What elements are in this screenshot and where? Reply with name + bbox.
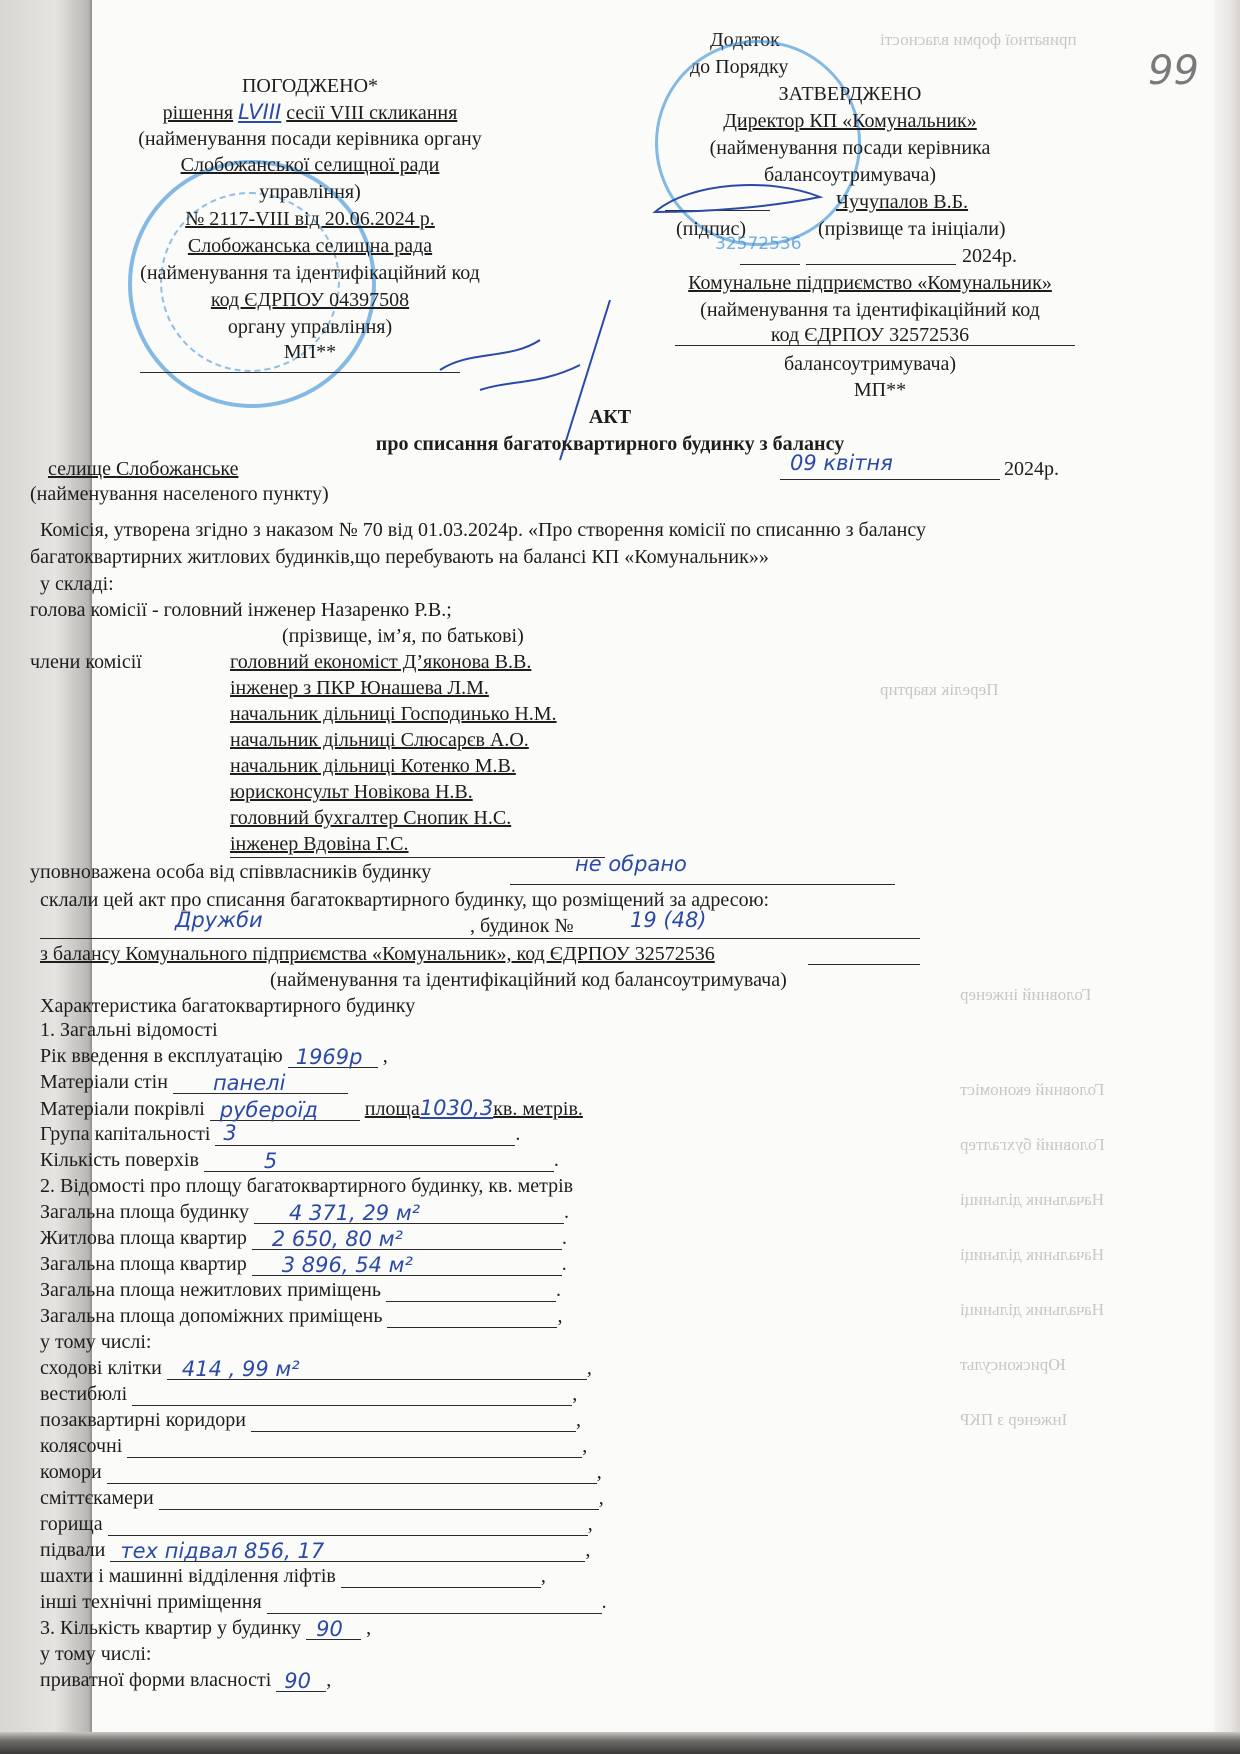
aux-field [108, 1513, 588, 1536]
aux-row-stroller-rooms: колясочні , [40, 1434, 587, 1458]
decision-line: рішення LVIII сесії VIII скликання [120, 100, 500, 125]
aux-row-corridors: позаквартирні коридори , [40, 1408, 581, 1432]
house-number-handwritten: 19 (48) [630, 908, 707, 932]
floors-label: Кількість поверхів [40, 1149, 199, 1171]
punct: , [597, 1461, 602, 1483]
punct: , [557, 1305, 562, 1327]
punct: . [562, 1227, 567, 1249]
bleed-through-text: Інженер з ПКР [960, 1410, 1067, 1430]
private-label: приватної форми власності [40, 1669, 271, 1691]
aux-label: вестибюлі [40, 1383, 127, 1405]
apartments-field: 90 [306, 1617, 361, 1640]
aux-row-storerooms: комори , [40, 1460, 602, 1484]
act-title: АКТ [400, 405, 820, 429]
punct: . [562, 1253, 567, 1275]
member-6: юрисконсульт Новікова Н.В. [230, 780, 473, 804]
aux-field [267, 1591, 602, 1614]
punct: , [576, 1409, 581, 1431]
decision-prefix: рішення [163, 102, 233, 124]
private-value: 90 [284, 1669, 311, 1693]
apartments-including: у тому числі: [40, 1642, 151, 1666]
aux-label: колясочні [40, 1435, 122, 1457]
balance-line-tail [808, 942, 920, 965]
including-label: у тому числі: [40, 1330, 151, 1354]
punct: , [585, 1539, 590, 1561]
year-label: Рік введення в експлуатацію [40, 1045, 283, 1067]
punct: . [556, 1279, 561, 1301]
area-value: 2 650, 80 м² [272, 1227, 403, 1251]
floors-field: 5 [204, 1149, 554, 1172]
act-date-year: 2024р. [1004, 457, 1059, 481]
member-2: інженер з ПКР Юнашева Л.М. [230, 676, 489, 700]
confirmed-title: ЗАТВЕРДЖЕНО [660, 82, 1040, 106]
management-caption: управління) [120, 180, 500, 204]
walls-value: панелі [213, 1071, 286, 1095]
members-label: члени комісії [30, 650, 142, 674]
floors-row: Кількість поверхів 5. [40, 1148, 559, 1172]
right-page-shadow [1214, 0, 1240, 1754]
balance-caption: (найменування та ідентифікаційний код ба… [270, 968, 787, 992]
signature-caption: (підпис) [676, 217, 746, 241]
area-field: 3 896, 54 м² [252, 1253, 562, 1276]
bleed-through-text: Головний інженер [960, 985, 1091, 1005]
bottom-page-shadow [0, 1732, 1240, 1754]
street-handwritten: Дружби [175, 908, 263, 932]
position-caption: (найменування посади керівника органу [100, 127, 520, 151]
name-caption: (прізвище та ініціали) [818, 217, 1006, 241]
floors-value: 5 [264, 1149, 277, 1173]
punct: , [587, 1357, 592, 1379]
document-page: приватної форми власності Перелік кварти… [0, 0, 1240, 1754]
member-5: начальник дільниці Котенко М.В. [230, 754, 516, 778]
punct: , [588, 1513, 593, 1535]
director-signature [650, 172, 830, 222]
punct: , [572, 1383, 577, 1405]
bleed-through-text: Начальник дільниці [960, 1245, 1104, 1265]
aux-value: тех підвал 856, 17 [120, 1539, 324, 1563]
punct: . [602, 1591, 607, 1613]
commission-line-2: багатоквартирних житлових будинків,що пе… [30, 545, 769, 569]
aux-field [127, 1435, 582, 1458]
aux-row-garbage-chambers: сміттєкамери , [40, 1486, 604, 1510]
aux-label: інші технічні приміщення [40, 1591, 262, 1613]
area-value: 3 896, 54 м² [282, 1253, 413, 1277]
aux-label: комори [40, 1461, 102, 1483]
walls-label: Матеріали стін [40, 1071, 168, 1093]
walls-field: панелі [173, 1071, 348, 1094]
member-7: головний бухгалтер Снопик Н.С. [230, 806, 511, 830]
year-row: Рік введення в експлуатацію 1969р , [40, 1044, 388, 1068]
capital-group-label: Група капітальності [40, 1123, 210, 1145]
punct: . [564, 1201, 569, 1223]
owner-rep-line [510, 862, 895, 885]
roof-value: рубероїд [220, 1098, 318, 1122]
council-org-name: Слобожанська селищна рада [120, 234, 500, 258]
area-heading: 2. Відомості про площу багатоквартирного… [40, 1174, 573, 1198]
walls-row: Матеріали стін панелі [40, 1070, 348, 1094]
area-field: 2 650, 80 м² [252, 1227, 562, 1250]
director-position: Директор КП «Комунальник» [660, 109, 1040, 133]
bleed-through-text: приватної форми власності [880, 30, 1077, 50]
aux-row-attics: горища , [40, 1512, 593, 1536]
punct: , [541, 1565, 546, 1587]
commission-chairman: голова комісії - головний інженер Назаре… [30, 598, 452, 622]
aux-field [132, 1383, 572, 1406]
roof-row: Матеріали покрівлі рубероїд площа1030,3к… [40, 1096, 583, 1121]
area-label: Загальна площа будинку [40, 1201, 249, 1223]
composition-label: у складі: [40, 572, 114, 596]
aux-field: 414 , 99 м² [167, 1357, 587, 1380]
decision-suffix: сесії VIII скликання [286, 102, 457, 124]
bleed-through-text: Головний економіст [960, 1080, 1104, 1100]
year-field: 1969р [288, 1045, 378, 1068]
company-id-caption: (найменування та ідентифікаційний код [660, 298, 1080, 322]
aux-value: 414 , 99 м² [182, 1357, 300, 1381]
area-label: Загальна площа допоміжних приміщень [40, 1305, 382, 1327]
characteristics-heading: Характеристика багатоквартирного будинку [40, 994, 415, 1018]
area-field: 4 371, 29 м² [254, 1201, 564, 1224]
bleed-through-text: Головний бухгалтер [960, 1135, 1105, 1155]
holder-caption: балансоутримувача) [660, 352, 1080, 376]
punct: , [582, 1435, 587, 1457]
aux-label: підвали [40, 1539, 105, 1561]
owner-rep-label: уповноважена особа від співвласників буд… [30, 860, 431, 884]
house-label: , будинок № [470, 914, 574, 938]
left-signature-line [140, 360, 460, 373]
roof-label: Матеріали покрівлі [40, 1098, 205, 1120]
roof-field: рубероїд [210, 1098, 360, 1121]
council-name: Слобожанської селищної ради [120, 153, 500, 177]
area-value: 4 371, 29 м² [289, 1201, 420, 1225]
area-label: Загальна площа квартир [40, 1253, 247, 1275]
aux-label: шахти і машинні відділення ліфтів [40, 1565, 336, 1587]
apartments-value: 90 [316, 1617, 343, 1641]
bleed-through-text: Начальник дільниці [960, 1190, 1104, 1210]
year-value: 1969р [296, 1045, 363, 1069]
approval-day-line [740, 244, 800, 265]
aux-label: горища [40, 1513, 103, 1535]
bleed-through-text: Юрисконсульт [960, 1355, 1066, 1375]
bleed-through-text: Перелік квартир [880, 680, 999, 700]
position-caption-1: (найменування посади керівника [660, 136, 1040, 160]
company-edrpou: код ЄДРПОУ 32572536 [660, 323, 1080, 347]
approval-month-line [806, 244, 956, 265]
aux-row-basements: підвали тех підвал 856, 17, [40, 1538, 590, 1562]
director-name: Чучупалов В.Б. [836, 190, 968, 214]
member-3: начальник дільниці Господинько Н.М. [230, 702, 557, 726]
area-label: Житлова площа квартир [40, 1227, 247, 1249]
members-underline [230, 856, 605, 858]
apartments-row: 3. Кількість квартир у будинку 90 , [40, 1616, 371, 1640]
aux-row-other-technical: інші технічні приміщення . [40, 1590, 607, 1614]
capital-group-row: Група капітальності 3. [40, 1122, 520, 1146]
aux-label: позаквартирні коридори [40, 1409, 246, 1431]
decision-number: № 2117-VIII від 20.06.2024 р. [120, 207, 500, 231]
aux-field: тех підвал 856, 17 [110, 1539, 585, 1562]
general-heading: 1. Загальні відомості [40, 1018, 218, 1042]
roof-area-unit: кв. метрів. [493, 1098, 583, 1120]
commission-line-1: Комісія, утворена згідно з наказом № 70 … [40, 518, 926, 542]
aux-field [107, 1461, 597, 1484]
settlement-caption: (найменування населеного пункту) [30, 482, 329, 506]
right-seal: МП** [760, 378, 1000, 402]
area-row-auxiliary: Загальна площа допоміжних приміщень , [40, 1304, 562, 1328]
bleed-through-text: Начальник дільниці [960, 1300, 1104, 1320]
company-name: Комунальне підприємство «Комунальник» [660, 271, 1080, 295]
capital-group-value: 3 [223, 1121, 236, 1145]
decision-session-handwritten: LVIII [238, 100, 281, 124]
owner-rep-value: не обрано [575, 852, 687, 876]
aux-label: сходові клітки [40, 1357, 162, 1379]
member-4: начальник дільниці Слюсарєв А.О. [230, 728, 529, 752]
aux-field [159, 1487, 599, 1510]
apartments-label: 3. Кількість квартир у будинку [40, 1617, 301, 1639]
capital-group-field: 3 [215, 1123, 515, 1146]
member-1: головний економіст Д’яконова В.В. [230, 650, 531, 674]
approval-year: 2024р. [962, 244, 1017, 268]
area-label: Загальна площа нежитлових приміщень [40, 1279, 381, 1301]
area-field [386, 1279, 556, 1302]
aux-field [251, 1409, 576, 1432]
settlement-name: селище Слобожанське [48, 457, 238, 481]
act-subtitle: про списання багатоквартирного будинку з… [200, 432, 1020, 456]
id-caption: (найменування та ідентифікаційний код [100, 261, 520, 285]
approved-title: ПОГОДЖЕНО* [140, 74, 480, 98]
private-field: 90 [276, 1669, 326, 1692]
roof-area-label: площа [365, 1098, 420, 1120]
area-field [387, 1305, 557, 1328]
chairman-caption: (прізвище, ім’я, по батькові) [282, 624, 524, 648]
aux-row-elevator-shafts: шахти і машинні відділення ліфтів , [40, 1564, 546, 1588]
area-row-total-apartments: Загальна площа квартир 3 896, 54 м². [40, 1252, 567, 1276]
page-number: 99 [1148, 48, 1199, 94]
balance-line: з балансу Комунального підприємства «Ком… [40, 942, 715, 966]
area-row-living-apartments: Житлова площа квартир 2 650, 80 м². [40, 1226, 567, 1250]
area-row-non-residential: Загальна площа нежитлових приміщень . [40, 1278, 561, 1302]
act-date-handwritten: 09 квітня [790, 451, 893, 475]
aux-label: сміттєкамери [40, 1487, 154, 1509]
aux-row-vestibules: вестибюлі , [40, 1382, 577, 1406]
roof-area-value: 1030,3 [420, 1096, 493, 1120]
punct: , [599, 1487, 604, 1509]
area-row-total-house: Загальна площа будинку 4 371, 29 м². [40, 1200, 569, 1224]
member-8: інженер Вдовіна Г.С. [230, 832, 409, 856]
aux-field [341, 1565, 541, 1588]
aux-row-stairwells: сходові клітки 414 , 99 м², [40, 1356, 592, 1380]
private-row: приватної форми власності 90, [40, 1668, 331, 1692]
